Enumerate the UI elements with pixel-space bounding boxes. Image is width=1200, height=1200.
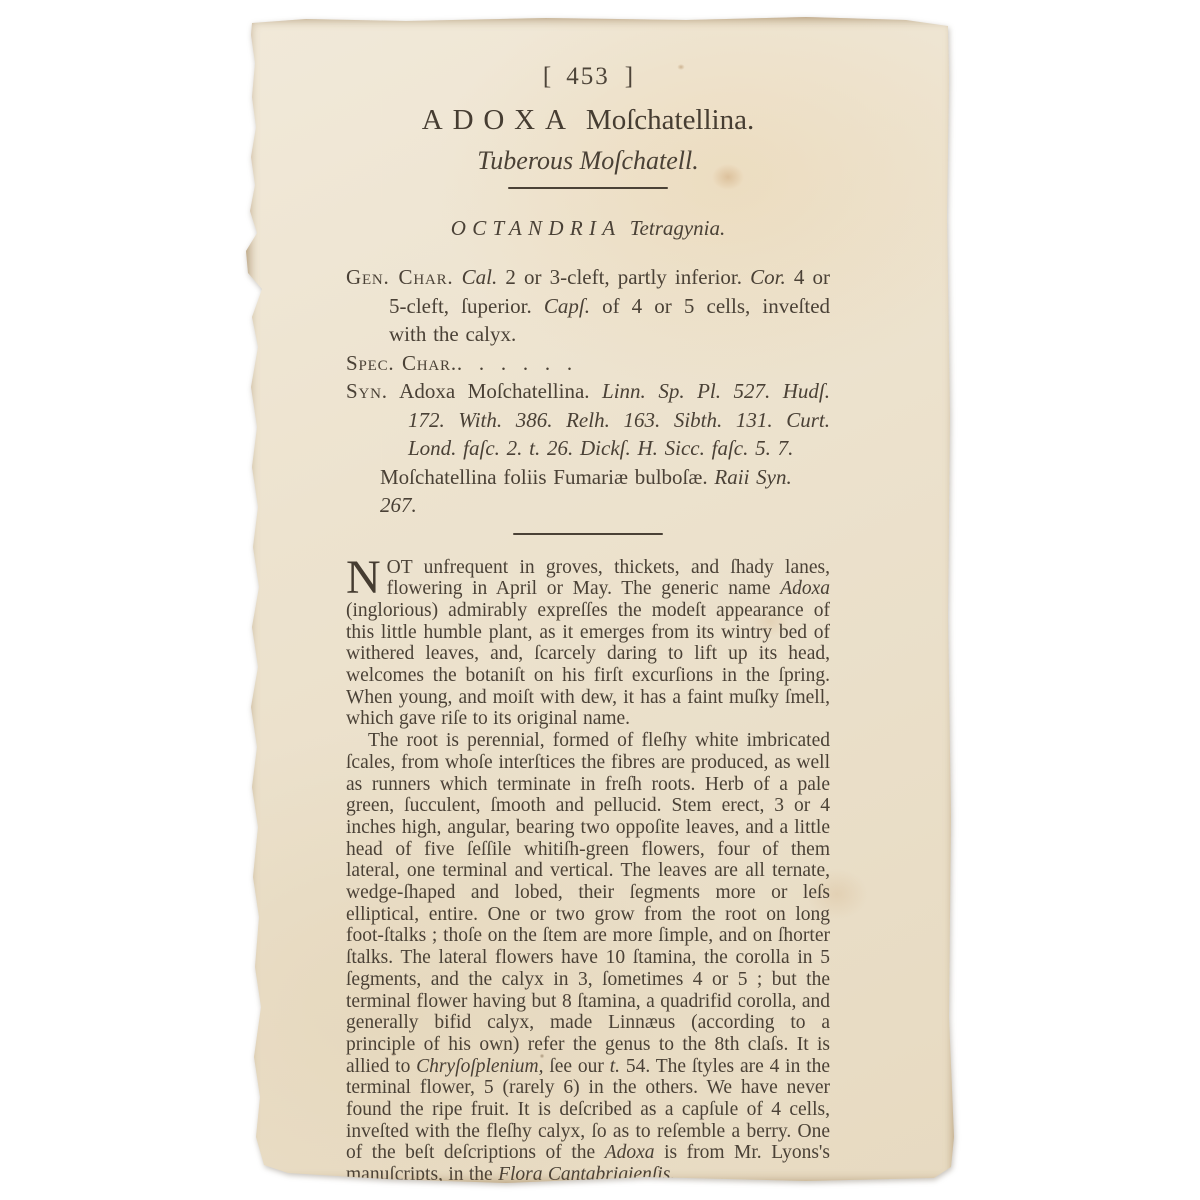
spec-char-ellipsis: . . . . . . bbox=[457, 351, 577, 375]
bracket-open: [ bbox=[543, 63, 551, 90]
body-paragraph-1: NOT unfrequent in groves, thickets, and … bbox=[346, 557, 830, 731]
classification-line: OCTANDRIATetragynia. bbox=[346, 216, 830, 241]
scan-background: [453] ADOXAMoſchatellina. Tuberous Moſch… bbox=[0, 0, 1200, 1200]
order-name: Tetragynia. bbox=[630, 216, 725, 240]
book-page: [453] ADOXAMoſchatellina. Tuberous Moſch… bbox=[246, 17, 956, 1185]
body-paragraph-2: The root is perennial, formed of fleſhy … bbox=[346, 730, 830, 1186]
synonym-entry-second: Moſchatellina foliis Fumariæ bulboſæ. Ra… bbox=[346, 463, 830, 520]
dropcap-continuation: OT bbox=[387, 557, 413, 578]
page-number: [453] bbox=[346, 63, 830, 91]
specific-character-entry: Spec. Char.. . . . . . bbox=[346, 349, 830, 378]
page-number-value: 453 bbox=[566, 63, 610, 90]
latin-name: Chryſoſplenium, bbox=[416, 1056, 543, 1077]
latin-name: Adoxa bbox=[605, 1142, 655, 1163]
body-text: The root is perennial, formed of fleſhy … bbox=[346, 730, 830, 1077]
page-content: [453] ADOXAMoſchatellina. Tuberous Moſch… bbox=[246, 17, 956, 1186]
divider-rule-top bbox=[508, 187, 668, 189]
syn2-name: Moſchatellina foliis Fumariæ bulboſæ. bbox=[380, 465, 708, 489]
body-text: ſee our bbox=[549, 1056, 604, 1077]
body-text: (inglorious) admirably expreſſes the mod… bbox=[346, 600, 830, 730]
latin-name: Adoxa bbox=[780, 578, 830, 599]
synonym-entry: Syn. Adoxa Moſchatellina. Linn. Sp. Pl. … bbox=[346, 377, 830, 463]
book-title-reference: Flora Cantabrigienſis. bbox=[498, 1164, 675, 1185]
page-title: ADOXAMoſchatellina. bbox=[346, 104, 830, 137]
bracket-close: ] bbox=[625, 63, 633, 90]
syn-label: Syn. bbox=[346, 379, 388, 403]
syn-species-name: Adoxa Moſchatellina. bbox=[399, 379, 589, 403]
common-name: Tuberous Moſchatell. bbox=[346, 146, 830, 176]
class-name: OCTANDRIA bbox=[451, 216, 622, 240]
calyx-abbrev: Cal. bbox=[462, 265, 498, 289]
spec-char-label: Spec. Char. bbox=[346, 351, 457, 375]
species-name: Moſchatellina. bbox=[586, 104, 754, 136]
capsule-abbrev: Capſ. bbox=[544, 294, 590, 318]
calyx-text: 2 or 3-cleft, partly inferior. bbox=[505, 265, 742, 289]
divider-rule-bottom bbox=[513, 533, 663, 535]
generic-character-entry: Gen. Char. Cal. 2 or 3-cleft, partly inf… bbox=[346, 263, 830, 349]
genus-name: ADOXA bbox=[422, 104, 576, 136]
body-text: unfrequent in groves, thickets, and ſhad… bbox=[387, 557, 830, 600]
plate-reference: t. bbox=[610, 1056, 620, 1077]
drop-cap: N bbox=[346, 557, 387, 597]
gen-char-label: Gen. Char. bbox=[346, 265, 453, 289]
corolla-abbrev: Cor. bbox=[750, 265, 786, 289]
